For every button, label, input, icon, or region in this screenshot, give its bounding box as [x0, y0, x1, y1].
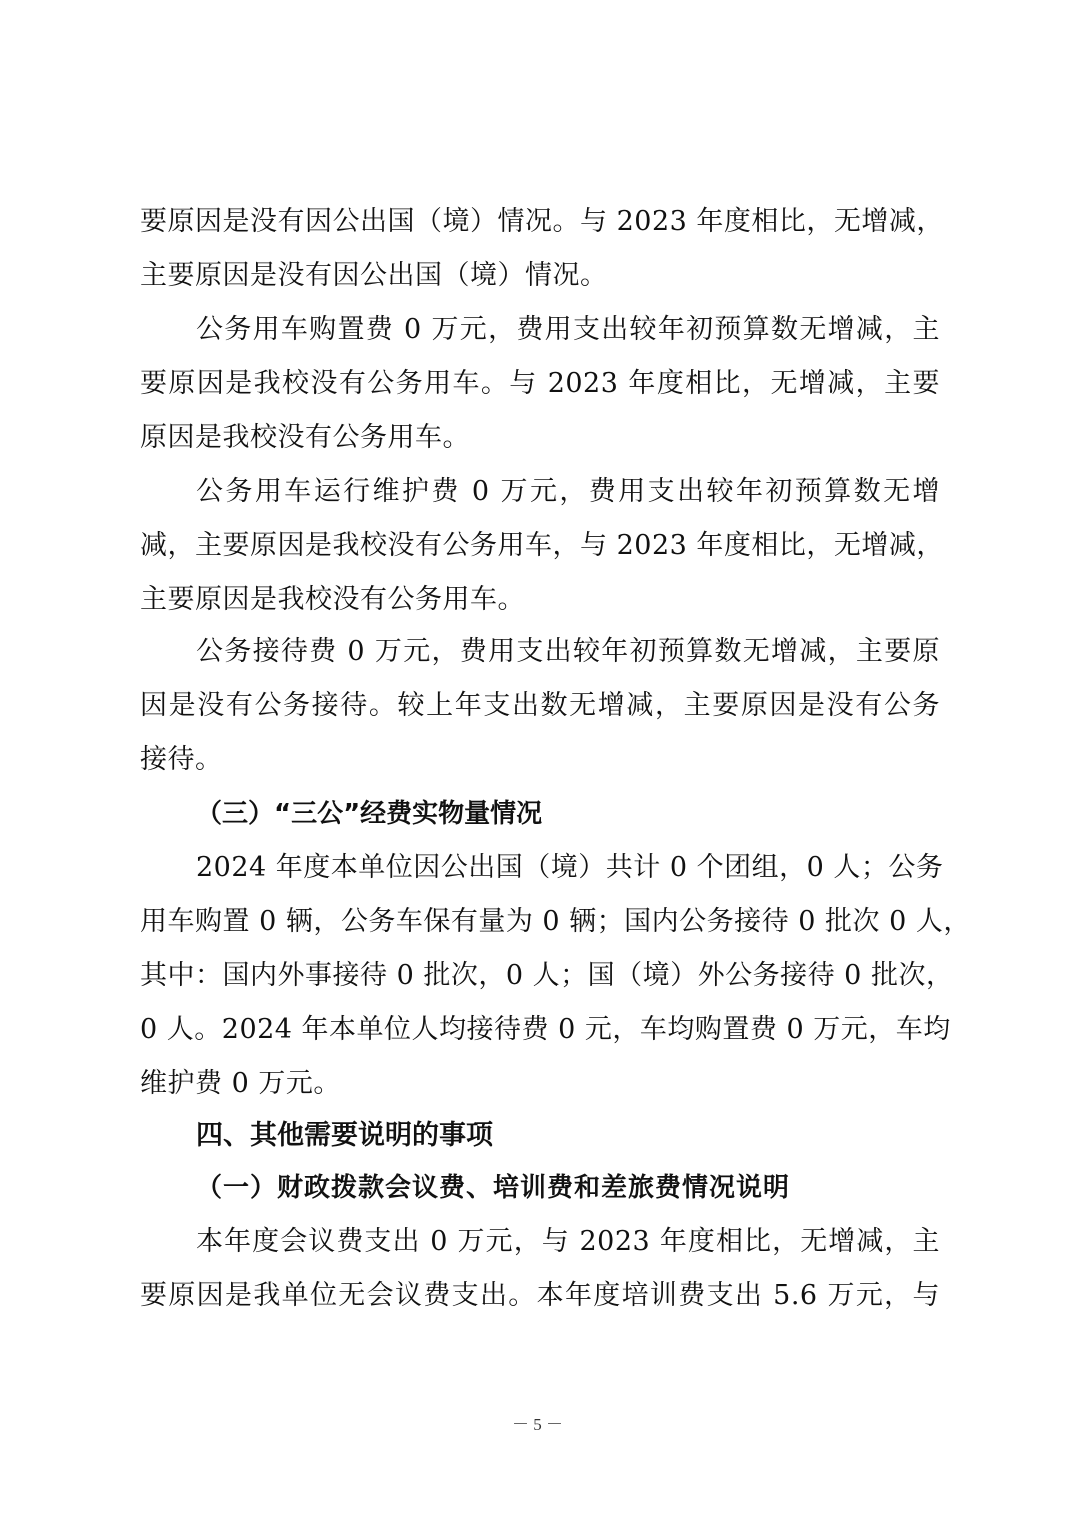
section-heading: （三）“三公”经费实物量情况 [196, 796, 542, 832]
paragraph-line: 其中：国内外事接待 0 批次，0 人；国（境）外公务接待 0 批次， [140, 958, 940, 994]
paragraph-line: 原因是我校没有公务用车。 [140, 420, 940, 456]
paragraph-line: 0 人。2024 年本单位人均接待费 0 元，车均购置费 0 万元，车均 [140, 1012, 940, 1048]
paragraph-line: 公务用车运行维护费 0 万元，费用支出较年初预算数无增 [196, 474, 940, 510]
paragraph-line: 维护费 0 万元。 [140, 1066, 940, 1102]
paragraph-line: 要原因是我单位无会议费支出。本年度培训费支出 5.6 万元，与 [140, 1278, 940, 1314]
page-number: － 5 － [0, 1410, 1075, 1435]
paragraph-line: 因是没有公务接待。较上年支出数无增减，主要原因是没有公务 [140, 688, 940, 724]
paragraph-line: 公务用车购置费 0 万元，费用支出较年初预算数无增减，主 [196, 312, 940, 348]
section-heading: （一）财政拨款会议费、培训费和差旅费情况说明 [196, 1170, 790, 1206]
paragraph-line: 主要原因是没有因公出国（境）情况。 [140, 258, 940, 294]
paragraph-line: 主要原因是我校没有公务用车。 [140, 582, 940, 618]
chapter-heading: 四、其他需要说明的事项 [196, 1118, 493, 1154]
paragraph-line: 接待。 [140, 742, 940, 778]
paragraph-line: 要原因是没有因公出国（境）情况。与 2023 年度相比，无增减， [140, 204, 940, 240]
paragraph-line: 本年度会议费支出 0 万元，与 2023 年度相比，无增减，主 [196, 1224, 940, 1260]
paragraph-line: 用车购置 0 辆，公务车保有量为 0 辆；国内公务接待 0 批次 0 人， [140, 904, 940, 940]
paragraph-line: 要原因是我校没有公务用车。与 2023 年度相比，无增减，主要 [140, 366, 940, 402]
paragraph-line: 公务接待费 0 万元，费用支出较年初预算数无增减，主要原 [196, 634, 940, 670]
paragraph-line: 减，主要原因是我校没有公务用车，与 2023 年度相比，无增减， [140, 528, 940, 564]
paragraph-line: 2024 年度本单位因公出国（境）共计 0 个团组，0 人；公务 [196, 850, 940, 886]
document-page: 要原因是没有因公出国（境）情况。与 2023 年度相比，无增减， 主要原因是没有… [0, 0, 1075, 1520]
